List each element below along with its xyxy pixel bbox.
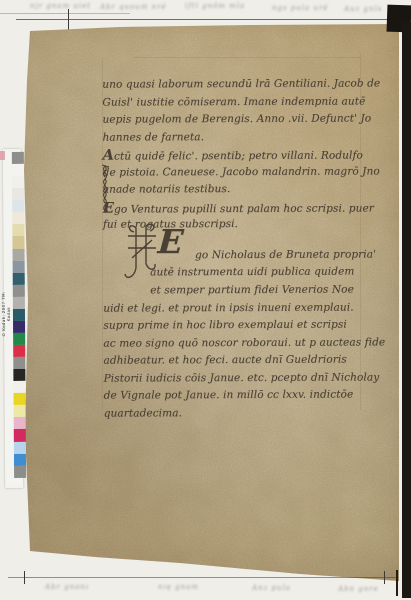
color-patch: [13, 285, 25, 297]
color-patch: [13, 321, 25, 333]
color-patch: [14, 417, 26, 429]
manuscript-line: Pistorii iudicis cōis Janue. etc. pcepto…: [104, 369, 376, 388]
manuscript-line: quartadecima.: [104, 404, 376, 423]
top-rule: [16, 19, 394, 20]
manuscript-line: et semper partium fidei Venerios Noe: [103, 281, 375, 300]
color-patch: [14, 453, 26, 465]
color-patch: [13, 369, 25, 381]
edge-artifact: [0, 151, 5, 160]
color-patch: [14, 441, 26, 453]
ghost-fragment: nįr gnam uiet: [30, 2, 91, 10]
color-patch: [12, 224, 24, 236]
color-patch: [13, 260, 25, 272]
ghost-fragment: iftī gnōm mīa: [185, 2, 245, 10]
manuscript-line: de Vignale pot Janue. in millō cc lxxv. …: [104, 387, 376, 406]
manuscript-line: uidi et legi. et prout in ipsis inueni e…: [103, 299, 375, 318]
ghost-fragment: ngs puīa urē: [272, 4, 328, 12]
bottom-right-crop-mark: [384, 571, 385, 584]
manuscript-line: ac meo signo quō noscor roboraui. ut p a…: [103, 334, 375, 353]
color-patch: [12, 176, 24, 188]
scan-right-border: [402, 22, 411, 598]
ghost-fragment: nıę gnam: [158, 583, 199, 591]
bottom-rule: [8, 577, 398, 578]
manuscript-line: uno quasi laborum secundū lrā Gentiliani…: [102, 75, 374, 94]
manuscript-line: autē instrumenta uidi publica quidem: [103, 264, 375, 283]
ghost-fragment: Abn gnre: [338, 585, 379, 593]
color-patch: [14, 466, 26, 478]
manuscript-line: adhibeatur. et hoc feci. aucte dnī Gueld…: [103, 352, 375, 371]
ghost-fragment: Auz gnīs: [344, 5, 382, 13]
manuscript-line: Guisl' iustitie cōmiseram. Imane indempn…: [102, 93, 374, 112]
color-patch: [13, 381, 25, 393]
manuscript-line: Ego Venturas pupilli sunt palam hoc scri…: [103, 198, 375, 217]
top-rule-faint: [0, 13, 130, 14]
color-patch: [14, 429, 26, 441]
ruling-top-horizontal: [133, 57, 360, 58]
color-patch: [13, 273, 25, 285]
color-patch: [13, 248, 25, 260]
manuscript-scan: nįr gnam uietAbr quouṁ nrēiftī gnōm mīan…: [0, 0, 411, 600]
manuscript-line: Actū quidē felic'. psentib; petro villan…: [103, 146, 375, 165]
color-patch: [12, 152, 24, 164]
color-patches: [12, 152, 26, 478]
color-patch: [14, 393, 26, 405]
color-patch: [12, 164, 24, 176]
text-lines: uno quasi laborum secundū lrā Gentiliani…: [102, 75, 376, 423]
manuscript-line: go Nicholaus de Bruneta propria': [103, 246, 375, 265]
color-patch: [12, 212, 24, 224]
color-patch: [12, 200, 24, 212]
color-patch: [12, 236, 24, 248]
color-calibration-bar: © Kodak, 2007 TM: Kodak: [3, 149, 23, 488]
manuscript-line: fui et rogatus subscripsi.: [103, 216, 375, 235]
manuscript-line: hannes de farneta.: [102, 128, 374, 147]
ghost-fragment: Anz puīa: [252, 584, 291, 592]
color-patch: [13, 345, 25, 357]
bottom-left-crop-mark: [24, 571, 25, 584]
color-bar-label: © Kodak, 2007 TM: Kodak: [1, 284, 11, 344]
color-patch: [13, 297, 25, 309]
manuscript-line: anade notariis testibus.: [103, 181, 375, 200]
color-patch: [13, 357, 25, 369]
manuscript-line: uepis pugelom de Berengis. Anno .vii. De…: [102, 111, 374, 130]
ghost-fragment: Abr gnonı: [45, 583, 89, 591]
text-block: uno quasi laborum secundū lrā Gentiliani…: [102, 75, 376, 423]
manuscript-line: de pistoia. Caneuese. Jacobo malandrin. …: [103, 163, 375, 182]
scan-bottom-right-mark: [396, 570, 398, 596]
color-patch: [13, 309, 25, 321]
ghost-fragment: Abr quouṁ nrē: [100, 3, 167, 11]
color-patch: [14, 405, 26, 417]
manuscript-line: supra prime in hoc libro exemplaui et sc…: [103, 317, 375, 336]
top-crop-mark: [68, 9, 69, 30]
color-patch: [13, 333, 25, 345]
color-patch: [12, 188, 24, 200]
